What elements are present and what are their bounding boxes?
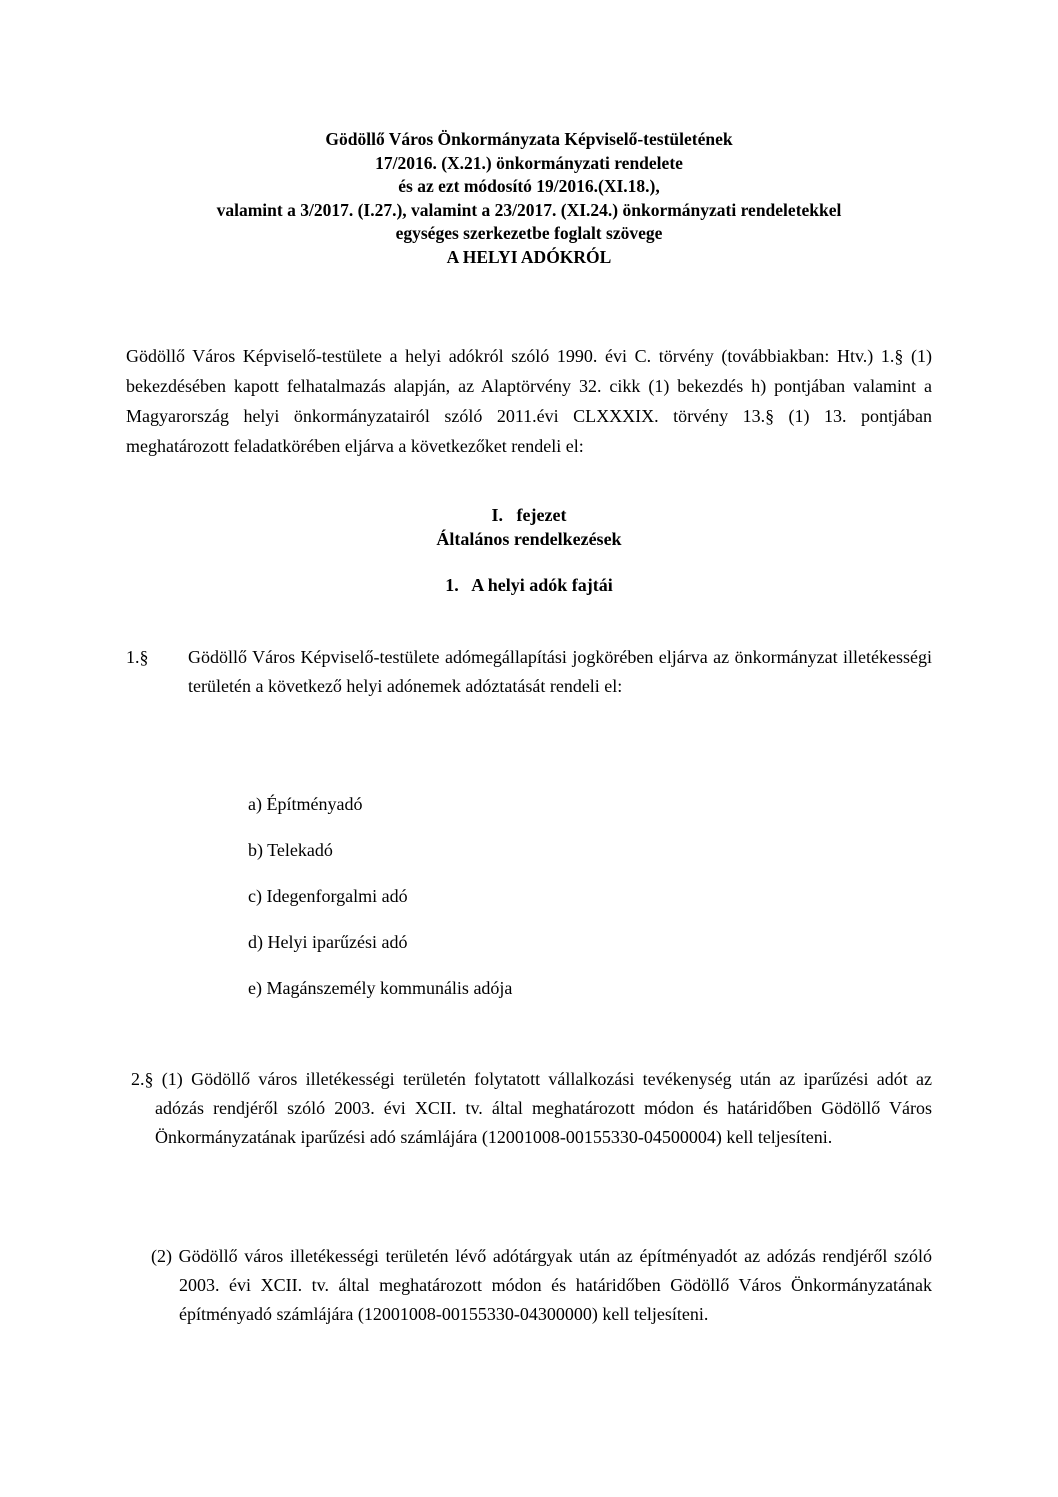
chapter-number: I. fejezet: [100, 503, 958, 527]
title-line: valamint a 3/2017. (I.27.), valamint a 2…: [100, 199, 958, 223]
title-line: és az ezt módosító 19/2016.(XI.18.),: [100, 175, 958, 199]
list-item: a) Építményadó: [248, 792, 512, 838]
list-item: d) Helyi iparűzési adó: [248, 930, 512, 976]
tax-list: a) Építményadó b) Telekadó c) Idegenforg…: [248, 792, 512, 1022]
paragraph-2: 2.§ (1) Gödöllő város illetékességi terü…: [131, 1065, 932, 1152]
chapter-title: Általános rendelkezések: [100, 527, 958, 551]
document-title: Gödöllő Város Önkormányzata Képviselő-te…: [100, 128, 958, 269]
paragraph-number: 1.§: [126, 643, 149, 672]
title-line: Gödöllő Város Önkormányzata Képviselő-te…: [100, 128, 958, 152]
list-item: e) Magánszemély kommunális adója: [248, 976, 512, 1022]
paragraph-1: 1.§ Gödöllő Város Képviselő-testülete ad…: [126, 643, 932, 701]
paragraph-text: (2) Gödöllő város illetékességi területé…: [151, 1242, 932, 1329]
paragraph-2-subsection-2: (2) Gödöllő város illetékességi területé…: [151, 1242, 932, 1329]
preamble: Gödöllő Város Képviselő-testülete a hely…: [126, 341, 932, 461]
list-item: b) Telekadó: [248, 838, 512, 884]
title-line: 17/2016. (X.21.) önkormányzati rendelete: [100, 152, 958, 176]
document-page: Gödöllő Város Önkormányzata Képviselő-te…: [0, 0, 1058, 1497]
section-title: 1. A helyi adók fajtái: [100, 573, 958, 597]
title-line: A HELYI ADÓKRÓL: [100, 246, 958, 270]
paragraph-text: 2.§ (1) Gödöllő város illetékességi terü…: [131, 1065, 932, 1152]
paragraph-text: Gödöllő Város Képviselő-testülete adómeg…: [188, 643, 932, 701]
list-item: c) Idegenforgalmi adó: [248, 884, 512, 930]
title-line: egységes szerkezetbe foglalt szövege: [100, 222, 958, 246]
